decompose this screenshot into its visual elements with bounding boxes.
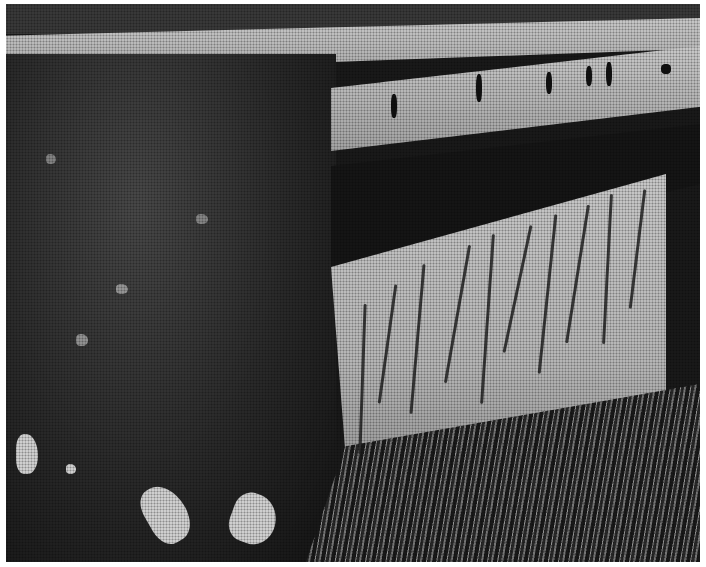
bee	[391, 94, 397, 118]
fallen-leaf	[66, 464, 76, 474]
fallen-leaf	[76, 334, 88, 346]
fallen-leaf	[46, 154, 56, 164]
hive-photograph	[6, 4, 700, 562]
bee	[476, 74, 482, 102]
fallen-leaf	[196, 214, 208, 224]
bee	[546, 72, 552, 94]
bee	[661, 64, 671, 74]
fallen-leaf	[16, 434, 38, 474]
bee	[606, 62, 612, 86]
fallen-leaf	[116, 284, 128, 294]
bee	[586, 66, 592, 86]
hive-left-face-shadow	[6, 54, 336, 562]
